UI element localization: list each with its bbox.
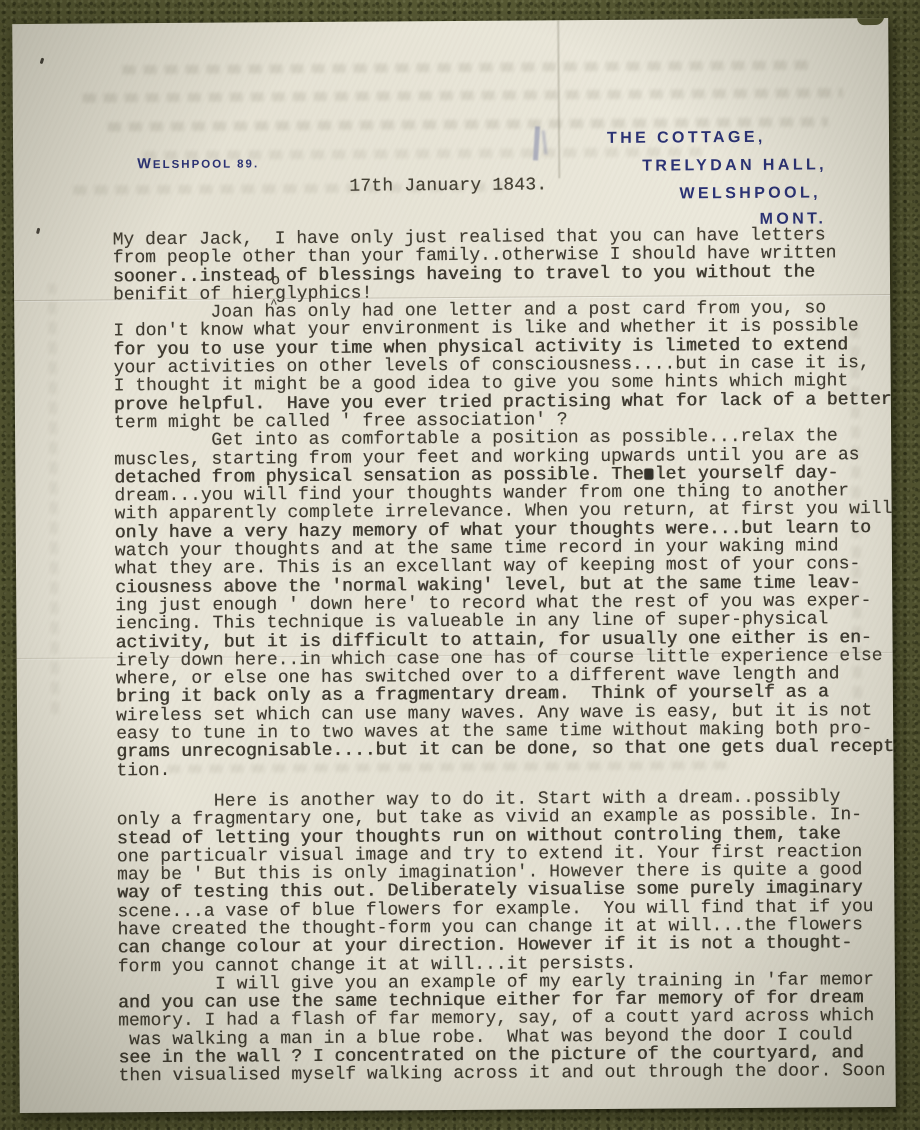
letter-paper: WELSHPOOL 89. THE COTTAGE,TRELYDAN HALL,… [12,18,896,1113]
letterhead-address-line: TRELYDAN HALL, [642,156,827,175]
letterhead-address: THE COTTAGE,TRELYDAN HALL,WELSHPOOL,MONT… [12,18,890,254]
photo-background: WELSHPOOL 89. THE COTTAGE,TRELYDAN HALL,… [0,0,920,1130]
letter-paragraph: Joan has only had one letter and a post … [113,299,896,433]
ink-bleedthrough [48,284,59,714]
letterhead-address-line: WELSHPOOL, [679,184,821,203]
letter-paragraph: Get into as comfortable a position as po… [114,427,896,780]
letterhead-address-line: THE COTTAGE, [607,129,766,148]
letter-paragraph: Here is another way to do it. Start with… [117,788,896,1086]
letter-line: then visualised myself walking across it… [118,1062,895,1086]
letter-paragraph: My dear Jack, I have only just realised … [113,226,896,305]
letter-body: My dear Jack, I have only just realised … [113,226,896,1086]
letter-date: 17th January 1843. [349,175,547,196]
ink-blot [645,468,654,479]
